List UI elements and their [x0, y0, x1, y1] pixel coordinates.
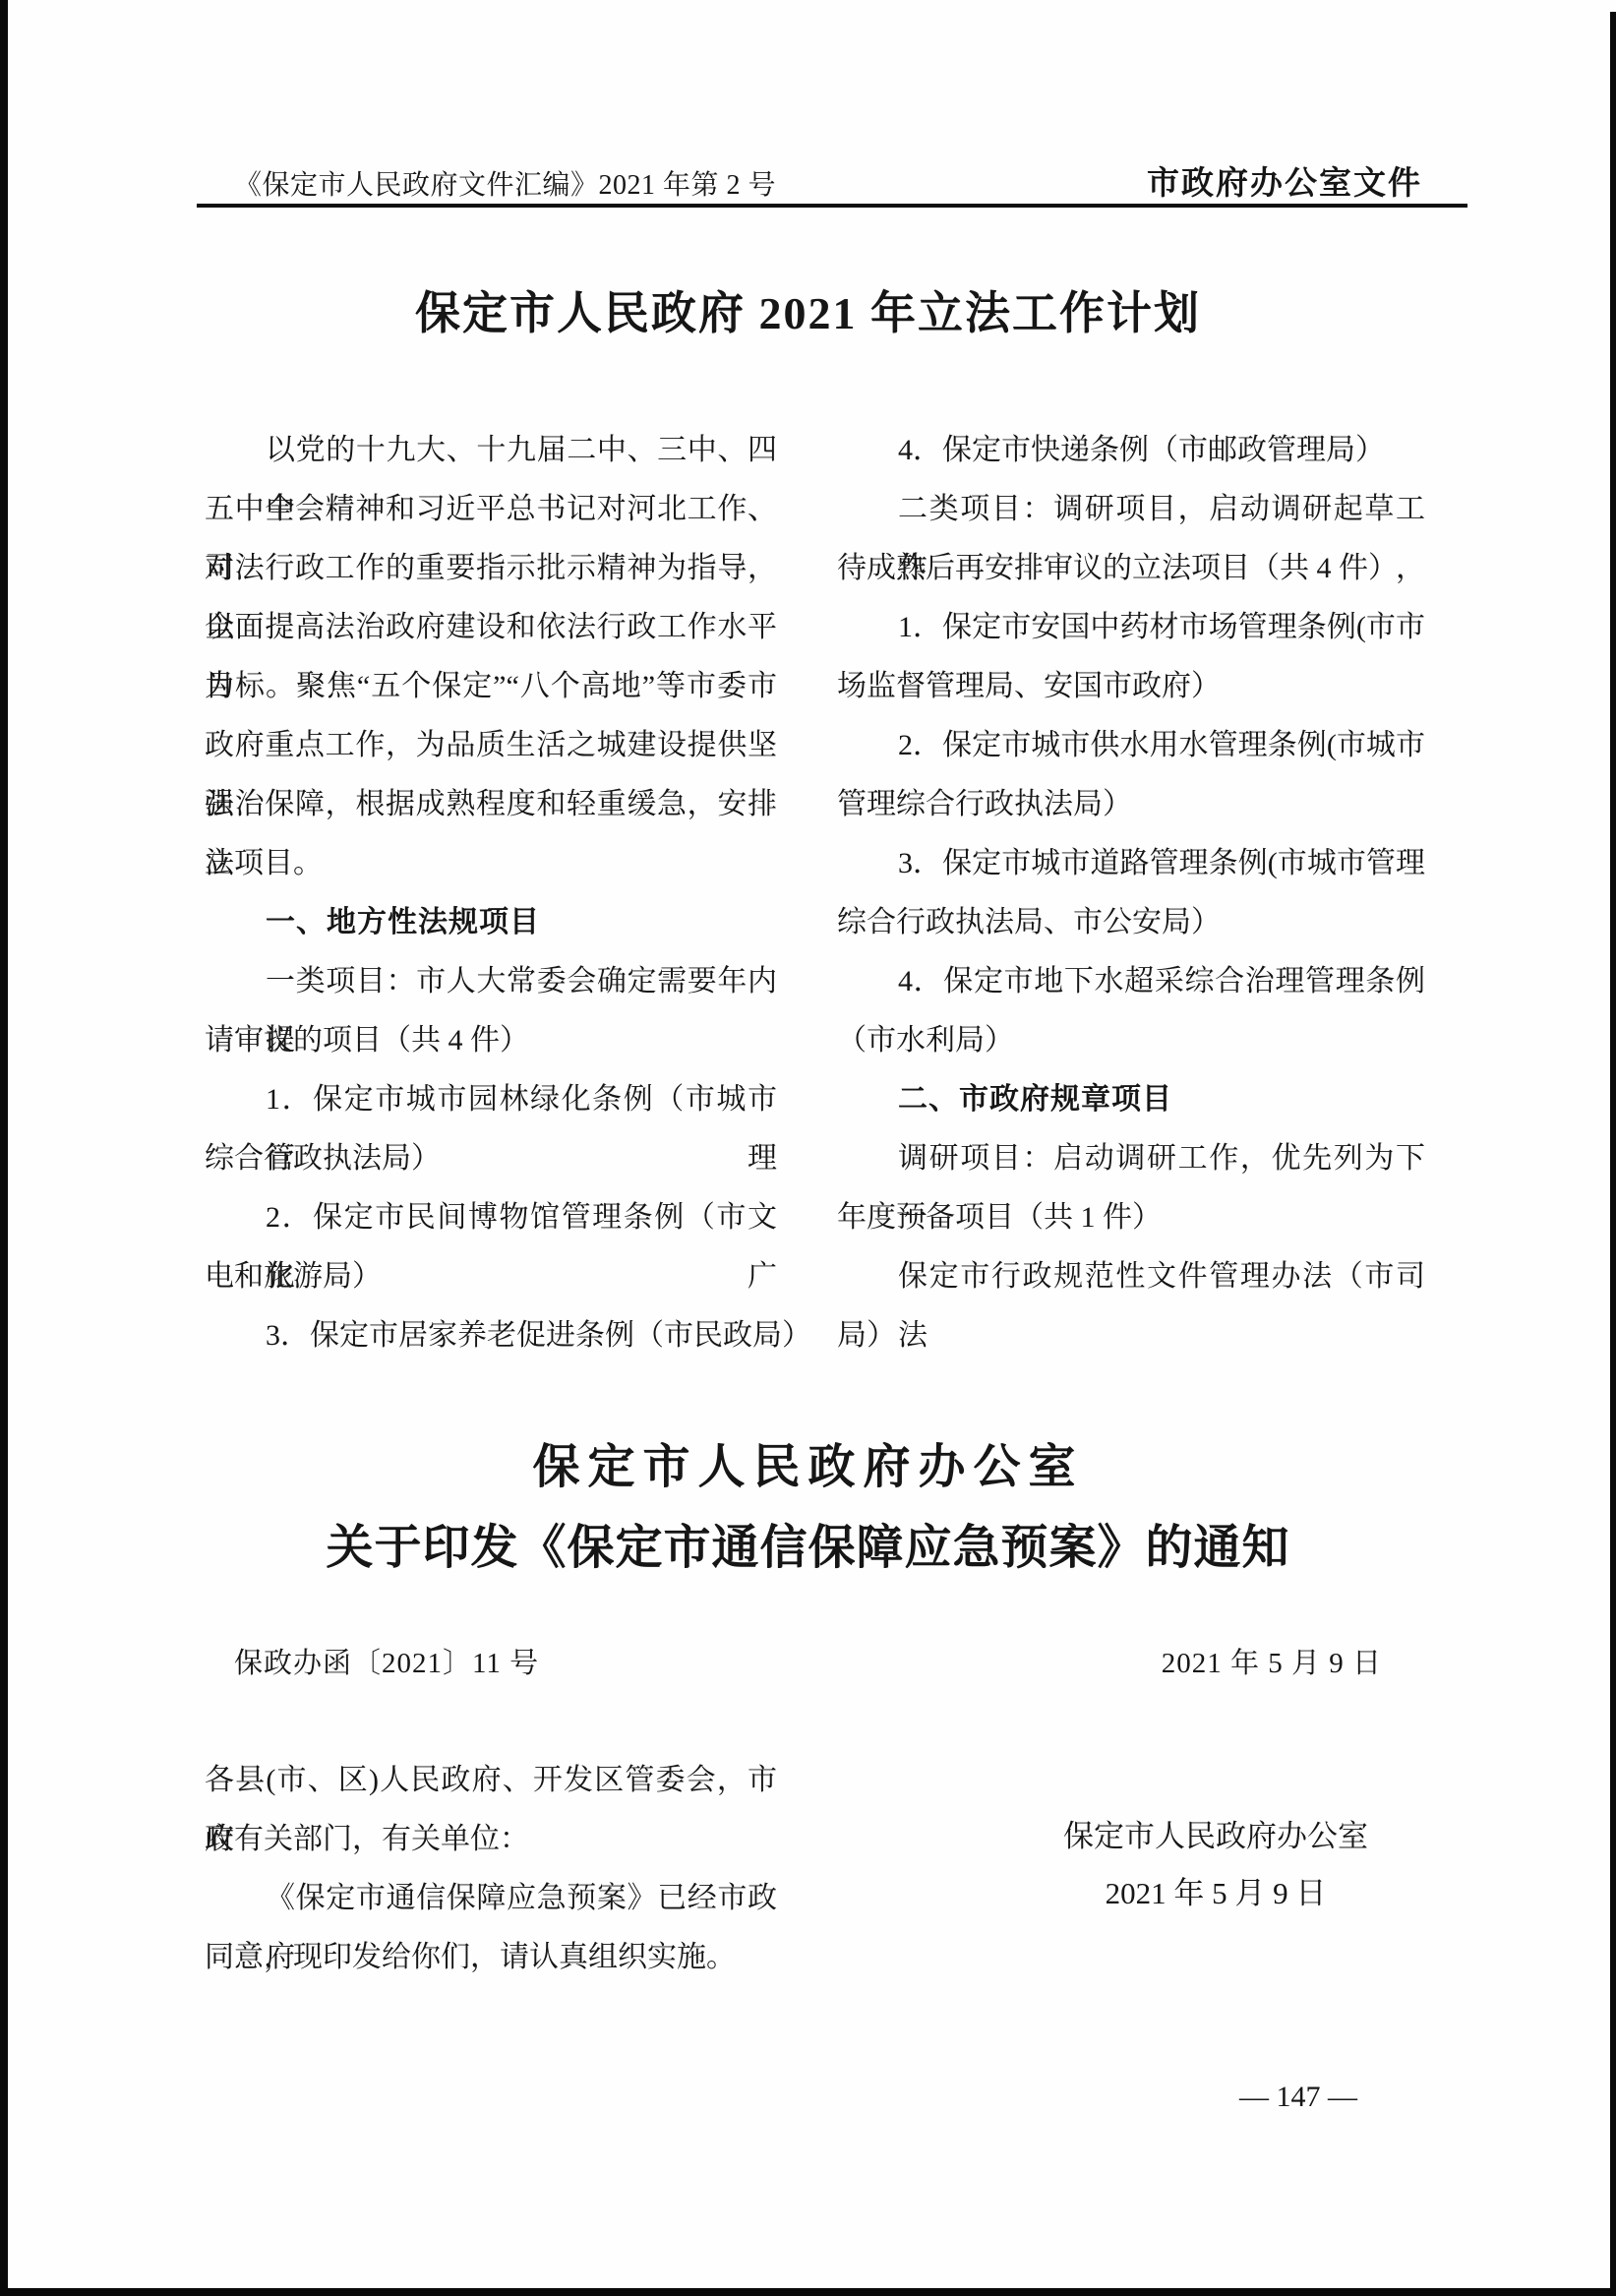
text-line: 保定市行政规范性文件管理办法（市司法 — [837, 1247, 1425, 1306]
text-line: 二类项目：调研项目，启动调研起草工作， — [837, 480, 1425, 539]
body-column-left: 以党的十九大、十九届二中、三中、四中、五中全会精神和习近平总书记对河北工作、对司… — [205, 421, 777, 1365]
text-line: 4．保定市快递条例（市邮政管理局） — [837, 421, 1425, 480]
text-line: （市水利局） — [837, 1011, 1425, 1070]
text-line: 2．保定市民间博物馆管理条例（市文化广 — [205, 1188, 777, 1247]
page-header: 《保定市人民政府文件汇编》2021 年第 2 号 市政府办公室文件 — [234, 157, 1422, 204]
text-line: 调研项目：启动调研工作，优先列为下一 — [837, 1129, 1425, 1188]
notice-title-line1: 保定市人民政府办公室 — [0, 1428, 1616, 1496]
text-line: 目标。聚焦“五个保定”“八个高地”等市委市 — [205, 657, 777, 716]
text-line: 1．保定市安国中药材市场管理条例(市市 — [837, 598, 1425, 657]
document-page: 《保定市人民政府文件汇编》2021 年第 2 号 市政府办公室文件 保定市人民政… — [0, 0, 1616, 2296]
text-line: 管理综合行政执法局） — [837, 775, 1425, 834]
text-line: 同意，现印发给你们，请认真组织实施。 — [205, 1928, 777, 1987]
text-line: 3．保定市居家养老促进条例（市民政局） — [205, 1306, 777, 1365]
notice-body: 各县(市、区)人民政府、开发区管委会，市政府有关部门，有关单位：《保定市通信保障… — [205, 1751, 777, 1987]
text-line: 二、市政府规章项目 — [837, 1070, 1425, 1129]
text-line: 法项目。 — [205, 834, 777, 893]
text-line: 综合行政执法局、市公安局） — [837, 893, 1425, 952]
scan-edge-left — [0, 0, 8, 2296]
text-line: 司法行政工作的重要指示批示精神为指导，以 — [205, 539, 777, 598]
text-line: 一类项目：市人大常委会确定需要年内提 — [205, 952, 777, 1011]
text-line: 一、地方性法规项目 — [205, 893, 777, 952]
text-line: 全面提高法治政府建设和依法行政工作水平为 — [205, 598, 777, 657]
text-line: 2．保定市城市供水用水管理条例(市城市 — [837, 716, 1425, 775]
doc-date: 2021 年 5 月 9 日 — [1162, 1641, 1382, 1681]
text-line: 4．保定市地下水超采综合治理管理条例 — [837, 952, 1425, 1011]
text-line: 场监督管理局、安国市政府） — [837, 657, 1425, 716]
text-line: 府有关部门，有关单位： — [205, 1810, 777, 1869]
signature-org: 保定市人民政府办公室 — [1029, 1808, 1403, 1865]
scan-edge-right — [1610, 12, 1616, 2296]
text-line: 以党的十九大、十九届二中、三中、四中、 — [205, 421, 777, 480]
signature-date: 2021 年 5 月 9 日 — [1029, 1865, 1403, 1922]
text-line: 年度预备项目（共 1 件） — [837, 1188, 1425, 1247]
header-rule — [197, 204, 1467, 208]
text-line: 请审议的项目（共 4 件） — [205, 1011, 777, 1070]
scan-edge-bottom — [0, 2288, 1616, 2296]
compilation-label: 《保定市人民政府文件汇编》2021 年第 2 号 — [234, 163, 776, 203]
text-line: 3．保定市城市道路管理条例(市城市管理 — [837, 834, 1425, 893]
text-line: 《保定市通信保障应急预案》已经市政府 — [205, 1869, 777, 1928]
page-number: — 147 — — [1220, 2076, 1377, 2119]
signature-block: 保定市人民政府办公室 2021 年 5 月 9 日 — [1029, 1808, 1403, 1922]
text-line: 五中全会精神和习近平总书记对河北工作、对 — [205, 480, 777, 539]
text-line: 法治保障，根据成熟程度和轻重缓急，安排立 — [205, 775, 777, 834]
doc-number-row: 保政办函〔2021〕11 号 2021 年 5 月 9 日 — [234, 1641, 1382, 1681]
office-file-label: 市政府办公室文件 — [1147, 157, 1422, 204]
text-line: 政府重点工作，为品质生活之城建设提供坚强 — [205, 716, 777, 775]
doc-number: 保政办函〔2021〕11 号 — [234, 1641, 539, 1681]
text-line: 1．保定市城市园林绿化条例（市城市管理 — [205, 1070, 777, 1129]
document-title: 保定市人民政府 2021 年立法工作计划 — [0, 277, 1616, 342]
text-line: 各县(市、区)人民政府、开发区管委会，市政 — [205, 1751, 777, 1810]
text-line: 待成熟后再安排审议的立法项目（共 4 件） — [837, 539, 1425, 598]
notice-title-line2: 关于印发《保定市通信保障应急预案》的通知 — [0, 1509, 1616, 1577]
body-column-right: 4．保定市快递条例（市邮政管理局）二类项目：调研项目，启动调研起草工作，待成熟后… — [837, 421, 1425, 1365]
